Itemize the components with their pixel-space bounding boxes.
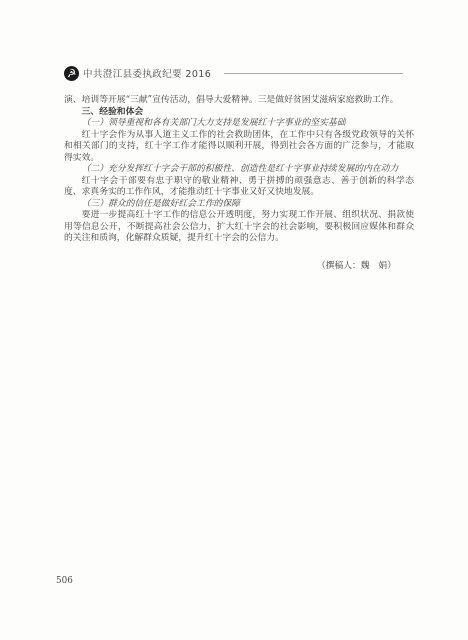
book-title: 中共澄江县委执政纪要 2016 (83, 66, 211, 80)
body-text: 演、培训等开展“三献”宣传活动，倡导大爱精神。三是做好贫困艾滋病家庭救助工作。 … (64, 95, 414, 272)
scanned-document-page: ☭ 中共澄江县委执政纪要 2016 演、培训等开展“三献”宣传活动，倡导大爱精神… (0, 0, 468, 640)
subsection-2-text: 红十字会干部要有忠于职守的敬业精神、勇于拼搏的顽强意志、善于创新的科学态度、求真… (64, 176, 414, 199)
subsection-1-heading: （一）领导重视和各有关部门大力支持是发展红十字事业的坚实基础 (64, 118, 414, 130)
section-heading: 三、经验和体会 (64, 107, 414, 119)
paragraph-continuation: 演、培训等开展“三献”宣传活动，倡导大爱精神。三是做好贫困艾滋病家庭救助工作。 (64, 95, 414, 107)
party-emblem-icon: ☭ (63, 65, 80, 82)
running-header: ☭ 中共澄江县委执政纪要 2016 (64, 65, 414, 81)
subsection-1-text: 红十字会作为从事人道主义工作的社会救助团体，在工作中只有各级党政领导的关怀和相关… (64, 130, 414, 165)
page-number: 506 (56, 576, 73, 586)
subsection-3-text: 要进一步提高红十字工作的信息公开透明度，努力实现工作开展、组织状况、捐款使用等信… (64, 210, 414, 245)
page-content: ☭ 中共澄江县委执政纪要 2016 演、培训等开展“三献”宣传活动，倡导大爱精神… (64, 65, 414, 272)
subsection-2-heading: （二）充分发挥红十字会干部的积极性、创造性是红十字事业持续发展的内在动力 (64, 164, 414, 176)
author-byline: （撰稿人：魏 娟） (64, 261, 414, 273)
subsection-3-heading: （三）群众的信任是做好红会工作的保障 (64, 199, 414, 211)
header-rule (224, 73, 403, 74)
